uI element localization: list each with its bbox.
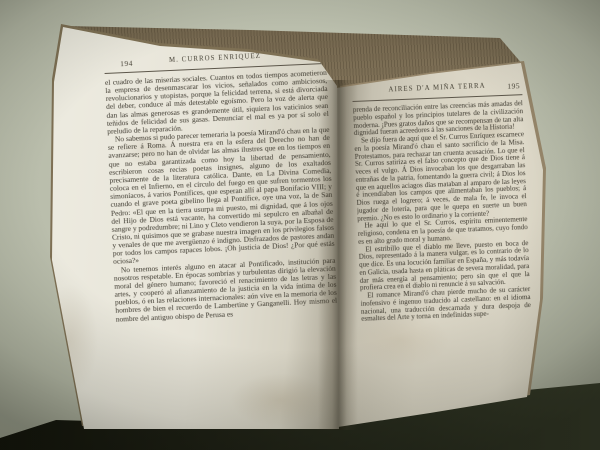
open-book-photo: 194 M. CURROS ENRIQUEZ el cuadro de las …	[0, 0, 600, 450]
photo-vignette	[0, 0, 600, 450]
